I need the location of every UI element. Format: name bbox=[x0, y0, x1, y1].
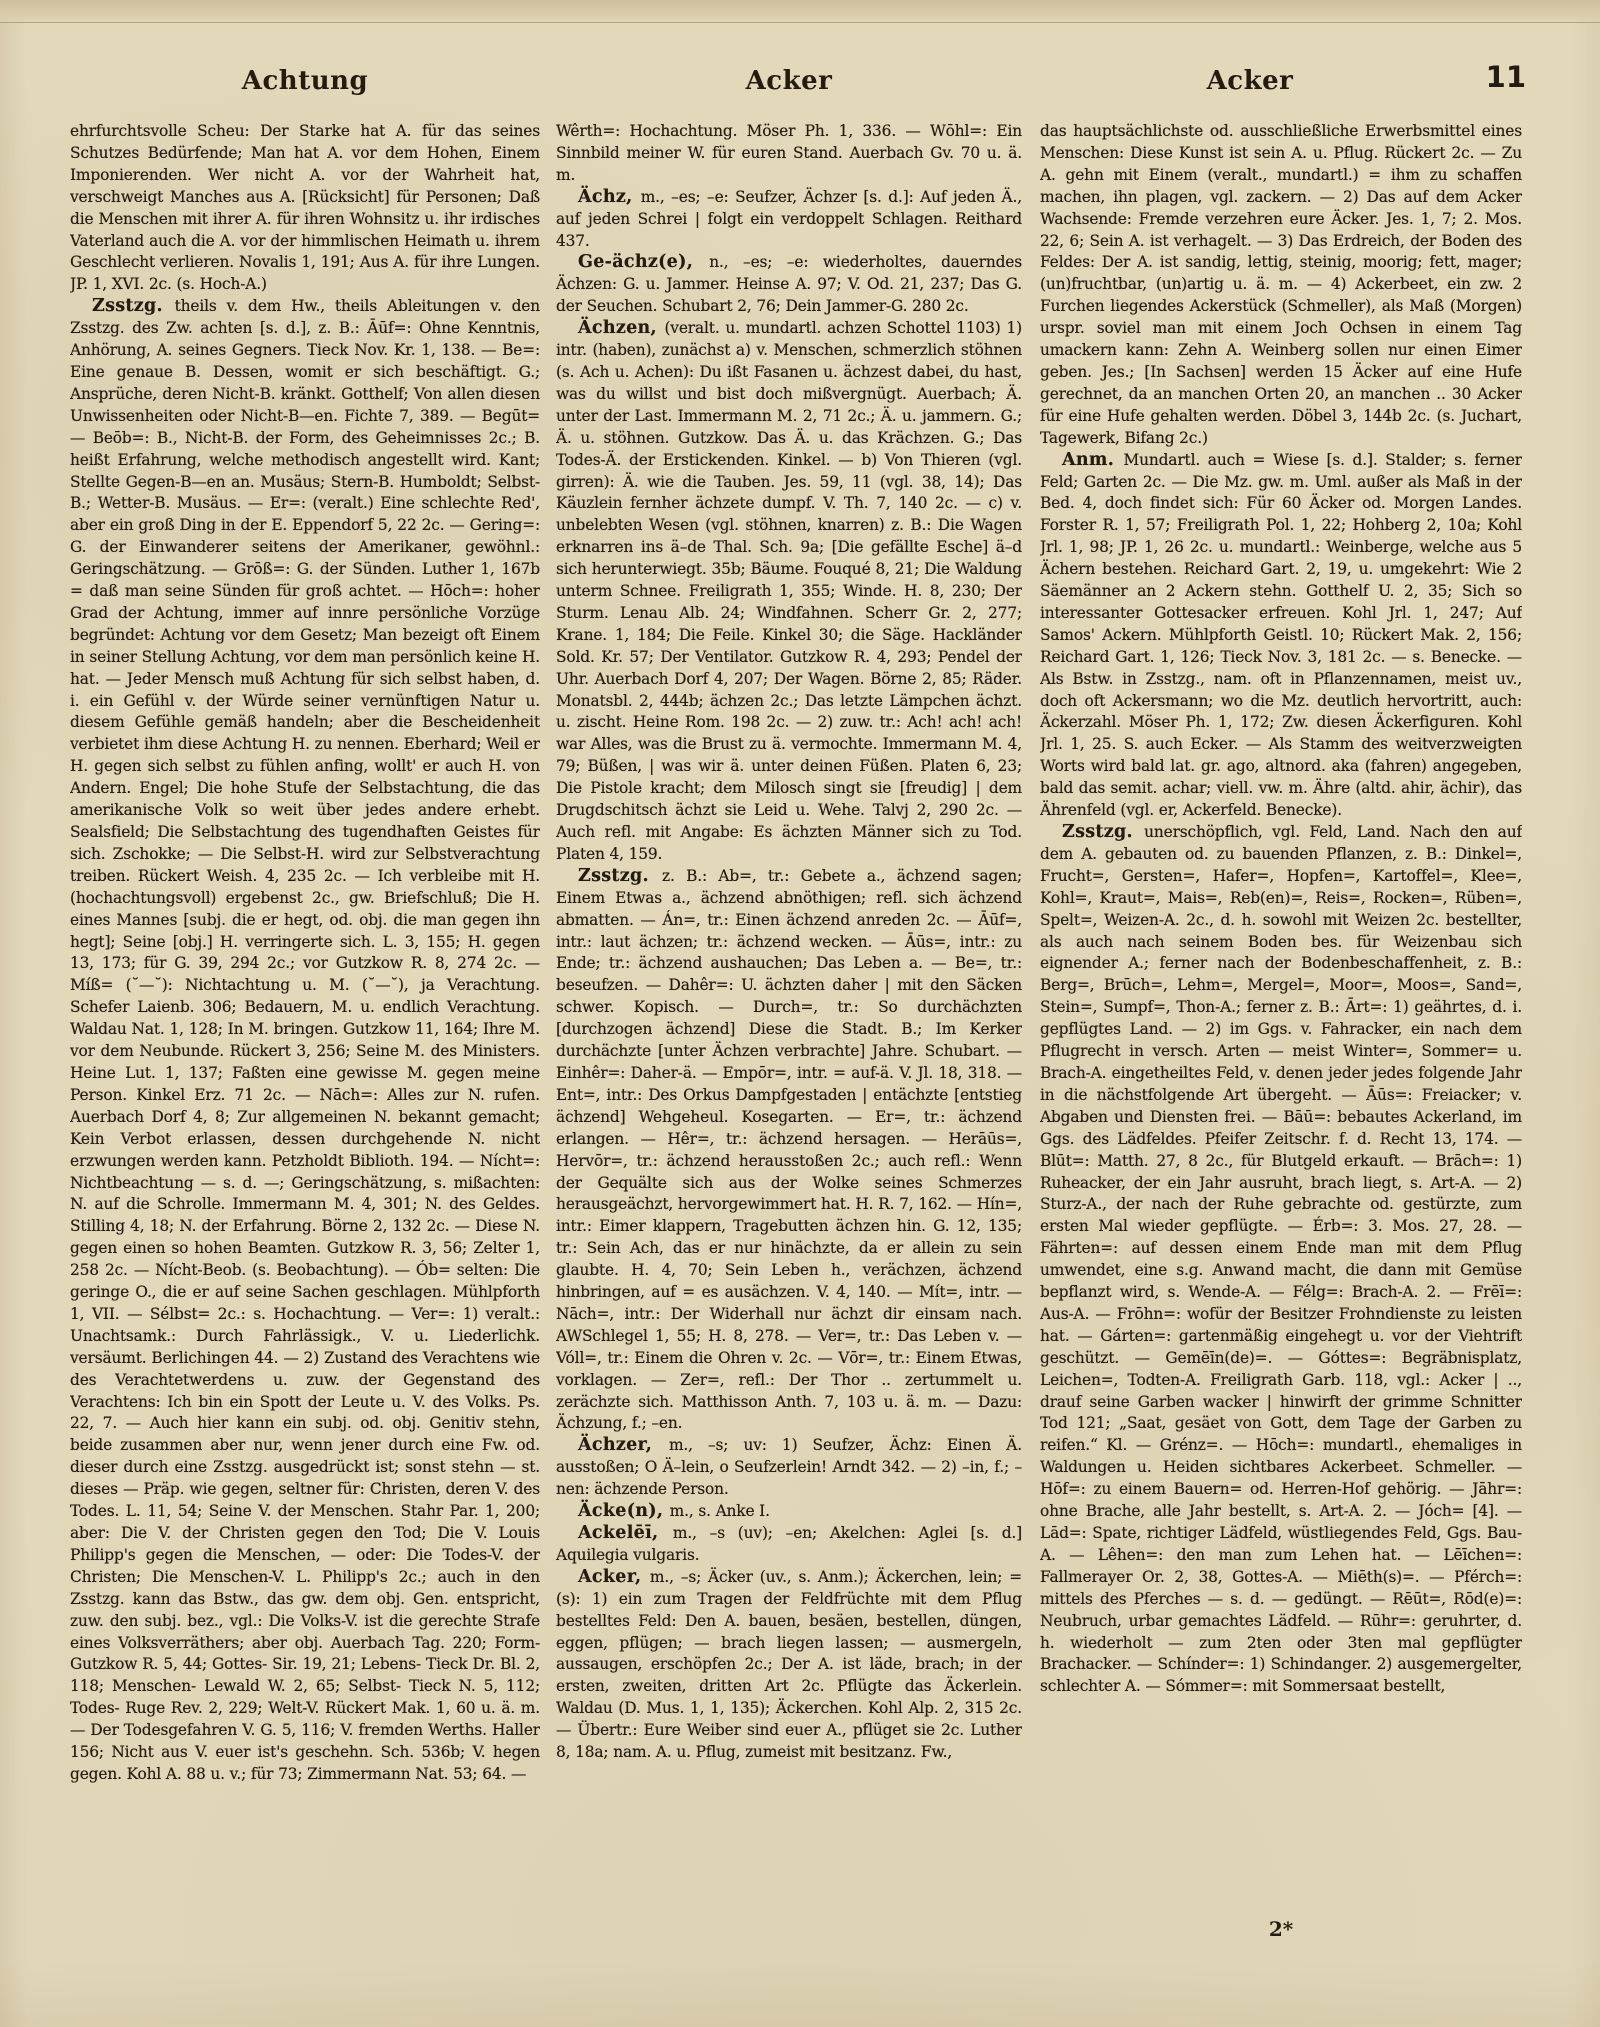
dictionary-paragraph: Ge-ächz(e), n., –es; –e: wiederholtes, d… bbox=[556, 252, 1022, 318]
dictionary-paragraph: Wêrth=: Hochachtung. Möser Ph. 1, 336. —… bbox=[556, 121, 1022, 187]
entry-headword: Ächzen, bbox=[578, 318, 664, 338]
sheet-signature-mark: 2* bbox=[1040, 1917, 1522, 1941]
scanned-dictionary-page: { "page": { "paper_color": "#e3d8ba", "i… bbox=[0, 0, 1600, 2027]
page-number: 11 bbox=[1430, 60, 1526, 94]
dictionary-paragraph: Acker, m., –s; Äcker (uv., s. Anm.); Äck… bbox=[556, 1567, 1022, 1764]
dictionary-paragraph: Äcke(n), m., s. Anke I. bbox=[556, 1501, 1022, 1523]
dictionary-paragraph: Anm. Mundartl. auch = Wiese [s. d.]. Sta… bbox=[1040, 450, 1522, 822]
dictionary-paragraph: Zsstzg. unerschöpflich, vgl. Feld, Land.… bbox=[1040, 822, 1522, 1698]
entry-headword: Zsstzg. bbox=[1062, 822, 1144, 842]
entry-headword: Ächz, bbox=[578, 187, 641, 207]
dictionary-paragraph: Zsstzg. z. B.: Ab=, tr.: Gebete a., ächz… bbox=[556, 866, 1022, 1436]
dictionary-paragraph: Ächzen, (veralt. u. mundartl. achzen Sch… bbox=[556, 318, 1022, 866]
running-head-center: Acker bbox=[556, 66, 1022, 96]
entry-headword: Anm. bbox=[1062, 450, 1123, 470]
entry-headword: Ächzer, bbox=[578, 1435, 669, 1455]
text-column-2: Wêrth=: Hochachtung. Möser Ph. 1, 336. —… bbox=[556, 121, 1022, 1913]
text-column-1: ehrfurchtsvolle Scheu: Der Starke hat A.… bbox=[70, 121, 540, 1913]
entry-headword: Äcke(n), bbox=[578, 1501, 670, 1521]
entry-headword: Zsstzg. bbox=[578, 866, 662, 886]
running-head-left: Achtung bbox=[70, 66, 540, 96]
dictionary-paragraph: Zsstzg. theils v. dem Hw., theils Ableit… bbox=[70, 296, 540, 1786]
running-head-right: Acker bbox=[1040, 66, 1460, 96]
dictionary-paragraph: das hauptsächlichste od. ausschließliche… bbox=[1040, 121, 1522, 450]
entry-headword: Zsstzg. bbox=[92, 296, 175, 316]
entry-headword: Ge-ächz(e), bbox=[578, 252, 709, 272]
text-column-3: das hauptsächlichste od. ausschließliche… bbox=[1040, 121, 1522, 1913]
dictionary-paragraph: Ackelēī, m., –s (uv); –en; Akelchen: Agl… bbox=[556, 1523, 1022, 1567]
dictionary-paragraph: Ächzer, m., –s; uv: 1) Seufzer, Ächz: Ei… bbox=[556, 1435, 1022, 1501]
page-top-scan-edge bbox=[0, 0, 1600, 23]
entry-headword: Ackelēī, bbox=[578, 1523, 673, 1543]
entry-headword: Acker, bbox=[578, 1567, 650, 1587]
dictionary-paragraph: Ächz, m., –es; –e: Seufzer, Ächzer [s. d… bbox=[556, 187, 1022, 253]
dictionary-paragraph: ehrfurchtsvolle Scheu: Der Starke hat A.… bbox=[70, 121, 540, 296]
